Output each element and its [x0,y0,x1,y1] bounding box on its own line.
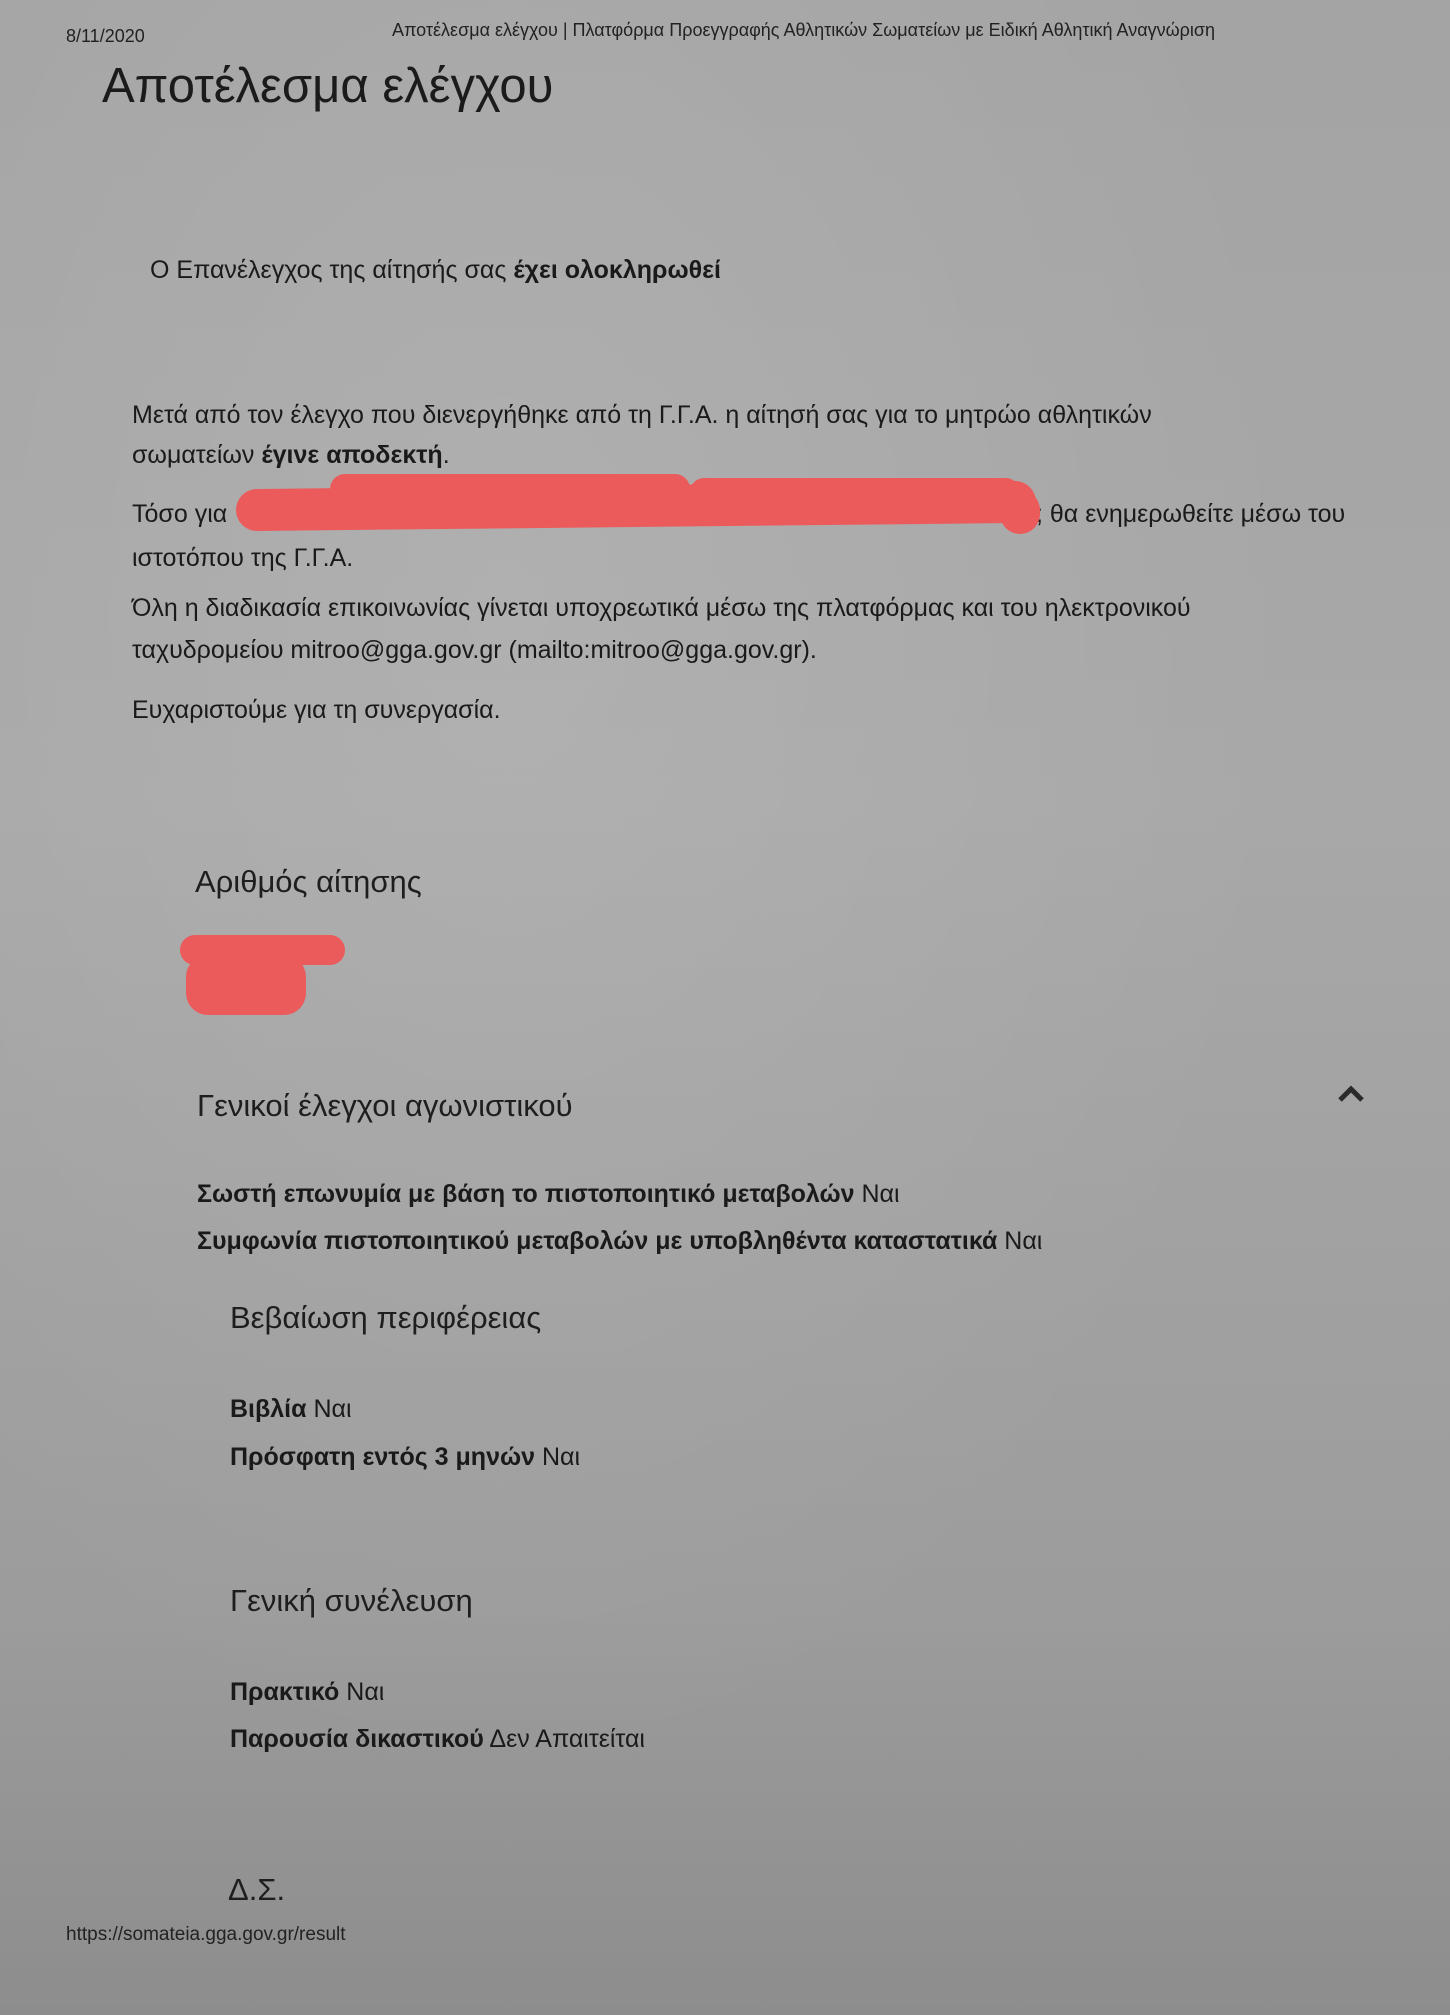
region-certificate-title: Βεβαίωση περιφέρειας [230,1300,541,1336]
print-document-title: Αποτέλεσμα ελέγχου | Πλατφόρμα Προεγγραφ… [392,20,1215,41]
general-assembly-title: Γενική συνέλευση [230,1583,473,1619]
application-number-label: Αριθμός αίτησης [195,864,422,900]
check-label: Συμφωνία πιστοποιητικού μεταβολών με υπο… [197,1227,997,1255]
check-row: Πρακτικό Ναι [230,1678,384,1707]
print-footer-url: https://somateia.gga.gov.gr/result [66,1924,346,1946]
check-label: Παρουσία δικαστικού [230,1725,484,1753]
message-paragraph-2-prefix: Τόσο για [132,492,227,536]
application-number-redaction [186,955,306,1015]
check-row: Παρουσία δικαστικού Δεν Απαιτείται [230,1725,645,1754]
message-paragraph-2-line-2: ιστοτόπου της Γ.Γ.Α. [132,536,353,580]
status-message: Ο Επανέλεγχος της αίτησής σας έχει ολοκλ… [150,256,721,285]
check-value: Ναι [542,1443,580,1471]
check-value: Ναι [861,1180,899,1208]
message-paragraph-1-line-2: σωματείων έγινε αποδεκτή. [132,433,450,477]
check-value: Δεν Απαιτείται [489,1725,645,1753]
print-date: 8/11/2020 [66,26,145,47]
check-value: Ναι [313,1395,351,1423]
redaction-mark [330,474,690,504]
check-label: Βιβλία [230,1395,306,1423]
check-row: Πρόσφατη εντός 3 μηνών Ναι [230,1443,580,1472]
accepted-prefix: σωματείων [132,441,261,469]
general-checks-title: Γενικοί έλεγχοι αγωνιστικού [197,1088,573,1124]
message-paragraph-4: Ευχαριστούμε για τη συνεργασία. [132,688,501,732]
message-paragraph-3-line-1: Όλη η διαδικασία επικοινωνίας γίνεται υπ… [132,586,1191,630]
check-value: Ναι [1004,1227,1042,1255]
accepted-suffix: . [443,441,450,469]
check-row: Συμφωνία πιστοποιητικού μεταβολών με υπο… [197,1227,1042,1256]
accepted-emphasis: έγινε αποδεκτή [261,441,442,469]
message-paragraph-1-line-1: Μετά από τον έλεγχο που διενεργήθηκε από… [132,393,1152,437]
chevron-up-icon[interactable] [1336,1082,1366,1106]
check-label: Σωστή επωνυμία με βάση το πιστοποιητικό … [197,1180,855,1208]
board-title: Δ.Σ. [228,1872,285,1908]
printed-page: 8/11/2020 Αποτέλεσμα ελέγχου | Πλατφόρμα… [0,0,1450,2015]
redaction-mark [690,478,1020,506]
message-paragraph-2-suffix: ; θα ενημερωθείτε μέσω του [1036,492,1345,536]
check-value: Ναι [346,1678,384,1706]
page-title: Αποτέλεσμα ελέγχου [102,58,553,114]
status-emphasis: έχει ολοκληρωθεί [513,256,721,284]
status-prefix: Ο Επανέλεγχος της αίτησής σας [150,256,513,284]
check-row: Σωστή επωνυμία με βάση το πιστοποιητικό … [197,1180,900,1209]
check-row: Βιβλία Ναι [230,1395,352,1424]
check-label: Πρακτικό [230,1678,339,1706]
redaction-mark [1000,490,1040,534]
check-label: Πρόσφατη εντός 3 μηνών [230,1443,535,1471]
message-paragraph-3-line-2: ταχυδρομείου mitroo@gga.gov.gr (mailto:m… [132,628,817,672]
